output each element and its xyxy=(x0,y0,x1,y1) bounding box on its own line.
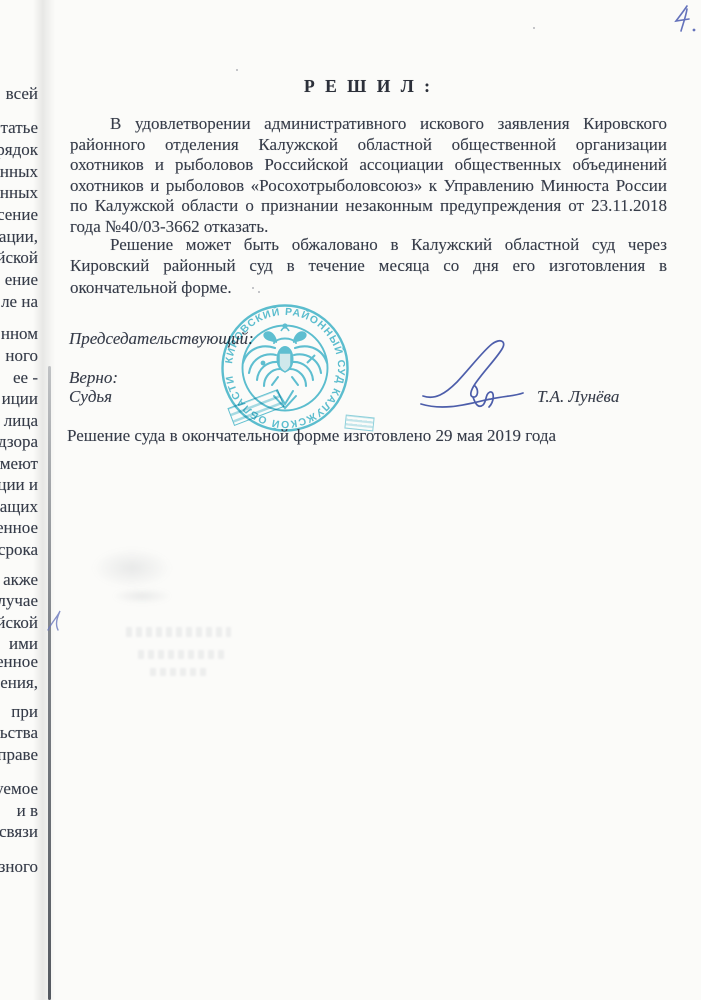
adjacent-page-text-fragment: иции xyxy=(2,389,38,408)
paragraph-ruling: В удовлетворении административного исков… xyxy=(70,114,667,238)
adjacent-page-text-fragment: нных xyxy=(0,162,38,181)
adjacent-page-text-fragment: йской xyxy=(0,248,38,267)
scan-smudge xyxy=(112,588,172,604)
adjacent-page-text-fragment: ее - xyxy=(13,368,38,387)
adjacent-page-text-fragment: енное xyxy=(0,518,38,537)
adjacent-page-text-fragment: при xyxy=(11,702,38,721)
body-text-line: районного отделения Калужской областной … xyxy=(70,135,667,156)
adjacent-page-text-fragment: лица xyxy=(4,411,38,430)
adjacent-page-text-fragment: сение xyxy=(0,205,38,224)
handwritten-page-number xyxy=(670,3,701,35)
scan-speck xyxy=(252,287,254,289)
adjacent-page-text-fragment: лучае xyxy=(0,591,38,610)
adjacent-page-text-fragment: нных xyxy=(0,183,38,202)
bleed-through-text xyxy=(150,668,210,676)
adjacent-page-text-fragment: всей xyxy=(6,84,38,103)
scan-speck xyxy=(258,291,260,293)
scan-smudge xyxy=(92,548,172,588)
adjacent-page-text-fragment: праве xyxy=(0,745,38,764)
adjacent-page-text-fragment: дзора xyxy=(0,432,38,451)
adjacent-page-text-fragment: татье xyxy=(1,118,38,137)
adjacent-page-text-fragment: йской xyxy=(0,613,38,632)
certified-copy-label: Верно: xyxy=(69,368,118,388)
adjacent-page-text-fragment: ьства xyxy=(0,723,38,742)
body-text-line: окончательной форме. xyxy=(70,277,667,298)
adjacent-page-text-fragment: рядок xyxy=(0,140,38,159)
bleed-through-text xyxy=(138,650,226,659)
body-text-line: Решение может быть обжаловано в Калужски… xyxy=(70,234,667,255)
decision-title: Р Е Ш И Л : xyxy=(70,76,667,97)
adjacent-page-text-fragment: ения, xyxy=(0,673,38,692)
adjacent-page-text-fragment: уемое xyxy=(0,779,38,798)
adjacent-page-text-fragment: связи xyxy=(0,822,38,841)
body-text-line: по Калужской области о признании незакон… xyxy=(70,196,667,217)
adjacent-page-text-fragment: ащих xyxy=(0,497,38,516)
adjacent-page-text-fragment: ции и xyxy=(0,475,38,494)
adjacent-page-text-fragment: зного xyxy=(0,857,38,876)
adjacent-page-text-fragment: нном xyxy=(1,324,38,343)
adjacent-page-text-fragment: ле на xyxy=(1,292,38,311)
adjacent-page-text-fragment: срока xyxy=(0,540,38,559)
body-text-line: В удовлетворении административного исков… xyxy=(70,114,667,135)
scan-speck xyxy=(236,69,238,71)
adjacent-page-text-fragment: ации, xyxy=(0,227,38,246)
judge-name: Т.А. Лунёва xyxy=(537,387,619,407)
scan-speck xyxy=(533,27,535,29)
body-text-line: охотников и рыболовов «Росохотрыболовсою… xyxy=(70,176,667,197)
adjacent-page-text-fragment: ного xyxy=(5,346,38,365)
pen-mark xyxy=(44,608,64,634)
adjacent-page-text-strip: всейтатьерядокнныхнныхсениеации,йскойени… xyxy=(0,0,39,1000)
adjacent-page-text-fragment: меют xyxy=(0,454,38,473)
body-text-line: Кировский районный суд в течение месяца … xyxy=(70,255,667,276)
bleed-through-text xyxy=(126,627,231,637)
judge-label: Судья xyxy=(69,387,112,407)
scanned-court-decision-page: всейтатьерядокнныхнныхсениеации,йскойени… xyxy=(0,0,701,1000)
adjacent-page-text-fragment: ими xyxy=(9,634,38,653)
adjacent-page-text-fragment: ение xyxy=(5,270,38,289)
adjacent-page-text-fragment: енное xyxy=(0,652,38,671)
paragraph-appeal: Решение может быть обжаловано в Калужски… xyxy=(70,234,667,298)
body-text-line: охотников и рыболовов Российской ассоциа… xyxy=(70,155,667,176)
page-edge-line xyxy=(48,366,51,1000)
adjacent-page-text-fragment: акже xyxy=(3,570,38,589)
final-form-statement: Решение суда в окончательной форме изгот… xyxy=(67,426,556,446)
judge-signature xyxy=(413,336,528,420)
adjacent-page-text-fragment: и в xyxy=(17,801,38,820)
